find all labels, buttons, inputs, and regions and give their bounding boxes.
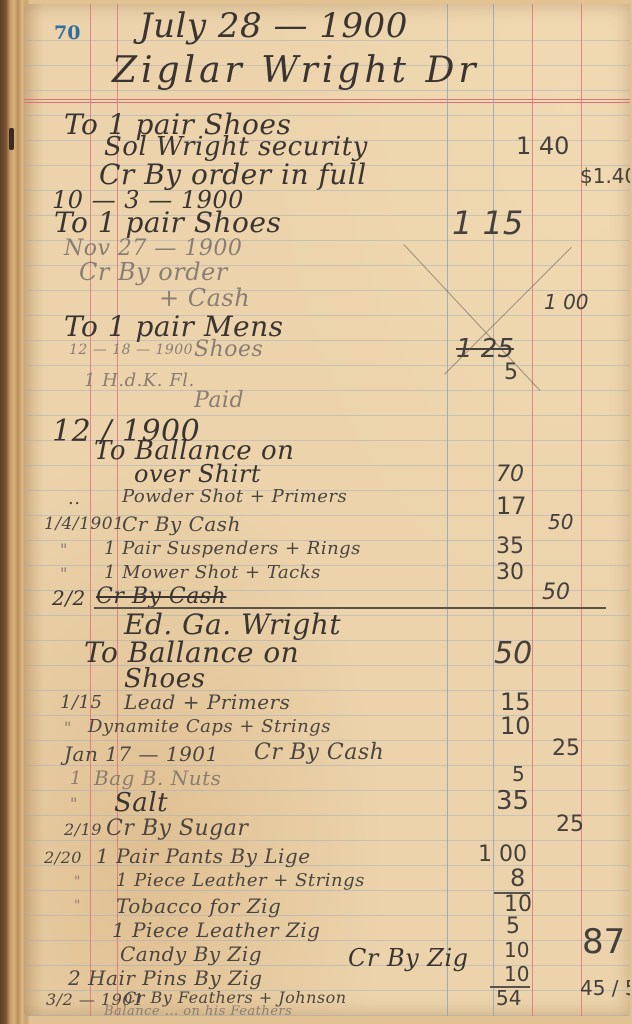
entry-credit: 50 <box>548 510 573 534</box>
entry-debit: 1 15 <box>452 204 523 242</box>
entry-description: 1 Mower Shot + Tacks <box>104 562 321 583</box>
header-date: July 28 — 1900 <box>139 6 408 46</box>
entry-description: Cr By Cash <box>122 512 241 536</box>
entry-debit: 70 <box>496 462 524 487</box>
entry-description: Lead + Primers <box>124 690 290 714</box>
entry-date: " <box>74 874 81 890</box>
ledger-page: 70 July 28 — 1900 Ziglar Wright Dr To 1 … <box>24 4 630 1016</box>
entry-description: Bag B. Nuts <box>94 766 221 790</box>
entry-debit: 5 <box>512 762 525 786</box>
binding-tab <box>9 128 14 150</box>
entry-description: 1 H.d.K. Fl. <box>84 370 195 391</box>
entry-description: 1 Pair Suspenders + Rings <box>104 538 361 559</box>
account-name: Ziglar Wright Dr <box>112 50 480 91</box>
entry-credit: 45 / 54 <box>580 976 630 1000</box>
ledger-book: 70 July 28 — 1900 Ziglar Wright Dr To 1 … <box>0 0 632 1024</box>
entry-credit: 1 00 <box>544 290 589 314</box>
entry-description: Paid <box>194 388 244 413</box>
entry-description: 2 Hair Pins By Zig <box>68 966 263 990</box>
header-rule <box>24 99 630 103</box>
entry-date: 1 <box>70 768 82 789</box>
entry-description: Cr By Sugar <box>106 816 248 841</box>
entry-date: " <box>60 540 68 559</box>
credit-end-rule <box>581 4 582 1016</box>
entry-description: 1 Piece Leather Zig <box>112 918 320 942</box>
entry-debit: 1 40 <box>516 132 569 160</box>
entry-description: Cr By Cash <box>254 740 384 765</box>
entry-description: Salt <box>114 788 168 818</box>
entry-debit: 54 <box>496 986 521 1010</box>
entry-debit: 8 <box>510 864 525 892</box>
entry-description: + Cash <box>159 284 250 312</box>
entry-debit: 30 <box>496 560 524 585</box>
entry-credit: 87 <box>582 922 625 962</box>
entry-description: Dynamite Caps + Strings <box>88 716 331 737</box>
entry-description: Candy By Zig <box>120 942 262 966</box>
entry-debit: 10 <box>504 938 529 962</box>
entry-credit: 25 <box>556 812 584 837</box>
entry-date: " <box>64 718 72 737</box>
entry-description: Shoes <box>194 337 263 362</box>
entry-debit: 10 <box>504 962 529 986</box>
entry-description: 1 Piece Leather + Strings <box>116 870 365 891</box>
entry-debit: 17 <box>496 492 527 520</box>
entry-debit: 35 <box>496 786 529 816</box>
entry-description: 1 Pair Pants By Lige <box>96 844 311 868</box>
entry-debit: 10 <box>500 712 531 740</box>
entry-credit: 25 <box>552 736 580 761</box>
entry-date: Jan 17 — 1901 <box>64 742 219 766</box>
entry-date: 2/2 <box>52 586 86 610</box>
entry-description: Powder Shot + Primers <box>122 486 347 507</box>
entry-date: 1/4/1901 <box>44 514 124 534</box>
date-column-rule <box>90 4 91 1016</box>
entry-description: Tobacco for Zig <box>116 894 281 918</box>
entry-date: 12 — 18 — 1900 <box>69 342 193 358</box>
entry-description: Cr By Cash <box>96 584 226 609</box>
entry-date: " <box>70 794 78 813</box>
entry-description: Balance ... on his Feathers <box>104 1004 292 1016</box>
page-number: 70 <box>54 22 80 44</box>
entry-debit: 50 <box>494 636 532 671</box>
entry-description: Cr By order <box>79 258 228 286</box>
entry-date: 2/19 <box>64 820 102 839</box>
entry-date: .. <box>68 488 80 509</box>
entry-date: 2/20 <box>44 848 82 867</box>
entry-date: " <box>74 898 81 914</box>
entry-date: " <box>60 564 68 583</box>
entry-description: To 1 pair Shoes <box>54 206 281 239</box>
entry-credit: 50 <box>542 580 570 605</box>
entry-credit: $1.40 <box>580 164 630 188</box>
entry-date: 1/15 <box>60 692 102 713</box>
overlay-annotation: Cr By Zig <box>348 944 469 972</box>
debit-dollars-rule <box>447 4 448 1016</box>
entry-debit: 5 <box>506 914 520 939</box>
entry-debit: 35 <box>496 534 524 559</box>
entry-description: over Shirt <box>134 460 261 488</box>
